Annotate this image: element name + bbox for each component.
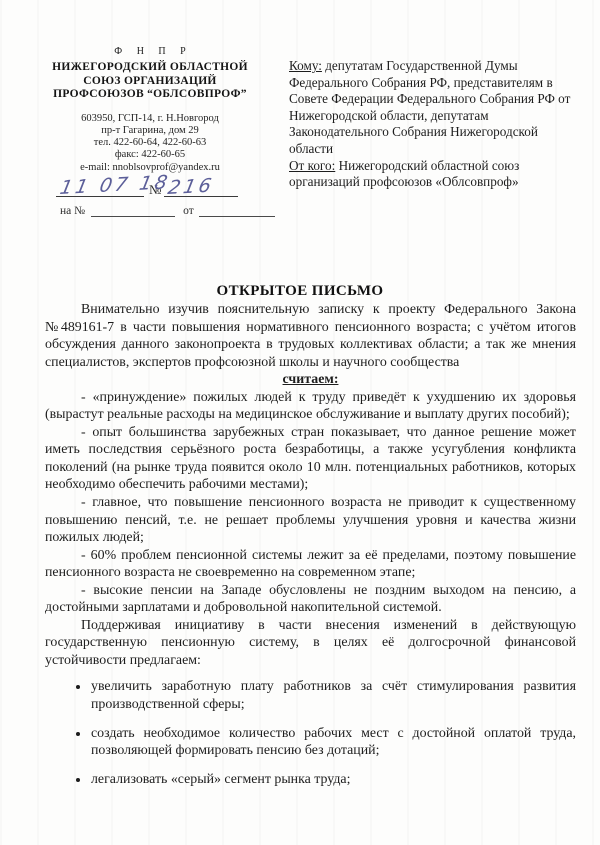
proposals-list: увеличить заработную плату работников за… [45,678,576,788]
org-name-line: СОЮЗ ОРГАНИЗАЦИЙ [48,75,252,89]
point-paragraph: - главное, что повышение пенсионного воз… [45,494,576,547]
recipient-from: От кого: Нижегородский областной союз ор… [289,158,571,191]
org-abbreviation: Ф Н П Р [48,46,252,57]
from-label: От кого: [289,158,335,173]
outgoing-date-blank: 11 07 18 [56,170,144,197]
intro-paragraph: Внимательно изучив пояснительную записку… [45,301,576,371]
blank-line [91,204,175,217]
point-paragraph: - 60% проблем пенсионной системы лежит з… [45,547,576,582]
address-line: 603950, ГСП-14, г. Н.Новгород [48,113,252,125]
list-item: создать необходимое количество рабочих м… [90,725,576,760]
list-item: легализовать «серый» сегмент рынка труда… [90,771,576,789]
org-name-line: ПРОФСОЮЗОВ “ОБЛСОВПРОФ” [48,88,252,102]
handwritten-number: 216 [166,175,216,199]
outgoing-number-blank: 216 [164,170,238,197]
org-name: НИЖЕГОРОДСКИЙ ОБЛАСТНОЙ СОЮЗ ОРГАНИЗАЦИЙ… [48,61,252,102]
letter-title: ОТКРЫТОЕ ПИСЬМО [0,283,600,300]
point-paragraph: - «принуждение» пожилых людей к труду пр… [45,389,576,424]
to-label: Кому: [289,58,322,73]
org-name-line: НИЖЕГОРОДСКИЙ ОБЛАСТНОЙ [48,61,252,75]
consider-heading: считаем: [45,371,576,389]
reference-line: на №от [60,204,280,217]
org-address: 603950, ГСП-14, г. Н.Новгород пр-т Гагар… [48,113,252,174]
point-paragraph: - высокие пенсии на Западе обусловлены н… [45,582,576,617]
recipient-to: Кому: депутатам Государственной Думы Фед… [289,58,571,158]
na-no-label: на № [60,205,85,217]
address-line: факс: 422-60-65 [48,149,252,161]
ot-label: от [183,205,194,217]
list-item: увеличить заработную плату работников за… [90,678,576,713]
address-line: тел. 422-60-64, 422-60-63 [48,137,252,149]
outgoing-number-row: 11 07 18 № 216 [56,170,256,202]
to-text: депутатам Государственной Думы Федеральн… [289,58,570,156]
recipient-block: Кому: депутатам Государственной Думы Фед… [289,58,571,191]
blank-line [199,204,275,217]
scanned-letter-page: Ф Н П Р НИЖЕГОРОДСКИЙ ОБЛАСТНОЙ СОЮЗ ОРГ… [0,0,600,845]
point-paragraph: - опыт большинства зарубежных стран пока… [45,424,576,494]
support-paragraph: Поддерживая инициативу в части внесения … [45,617,576,670]
letterhead: Ф Н П Р НИЖЕГОРОДСКИЙ ОБЛАСТНОЙ СОЮЗ ОРГ… [48,46,252,174]
address-line: пр-т Гагарина, дом 29 [48,125,252,137]
letter-body: Внимательно изучив пояснительную записку… [45,301,576,799]
